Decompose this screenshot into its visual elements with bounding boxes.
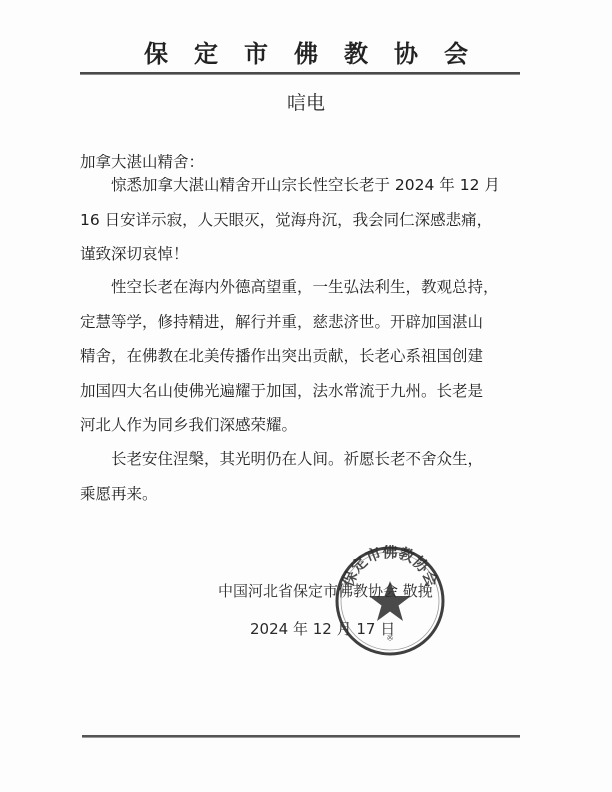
paragraph-line: 惊悉加拿大湛山精舍开山宗长性空长老于 2024 年 12 月: [80, 168, 520, 203]
letterhead-divider: [80, 72, 520, 75]
document-type-title: 唁电: [0, 88, 612, 115]
paragraph-line: 河北人作为同乡我们深感荣耀。: [80, 408, 520, 443]
organization-letterhead: 保定市佛教协会: [0, 34, 612, 69]
paragraph-line: 长老安住涅槃，其光明仍在人间。祈愿长老不舍众生，: [80, 442, 520, 477]
paragraph-tribute: 性空长老在海内外德高望重，一生弘法利生，教观总持， 定慧等学，修持精进，解行并重…: [80, 270, 520, 443]
paragraph-line: 精舍，在佛教在北美传播作出突出贡献，长老心系祖国创建: [80, 339, 520, 374]
document-page: 保定市佛教协会 唁电 加拿大湛山精舍： 惊悉加拿大湛山精舍开山宗长性空长老于 2…: [0, 0, 612, 792]
official-seal-stamp: 保定市佛教协会 ※: [334, 545, 446, 657]
paragraph-line: 谨致深切哀悼！: [80, 237, 520, 272]
paragraph-line: 16 日安详示寂，人天眼灭，觉海舟沉，我会同仁深感悲痛，: [80, 203, 520, 238]
paragraph-line: 加国四大名山使佛光遍耀于加国，法水常流于九州。长老是: [80, 374, 520, 409]
footer-divider: [82, 735, 520, 738]
svg-text:※: ※: [386, 634, 394, 644]
paragraph-line: 性空长老在海内外德高望重，一生弘法利生，教观总持，: [80, 270, 520, 305]
star-icon: [369, 581, 411, 621]
paragraph-condolence: 惊悉加拿大湛山精舍开山宗长性空长老于 2024 年 12 月 16 日安详示寂，…: [80, 168, 520, 272]
seal-icon: 保定市佛教协会 ※: [334, 545, 446, 657]
paragraph-prayer: 长老安住涅槃，其光明仍在人间。祈愿长老不舍众生， 乘愿再来。: [80, 442, 520, 511]
paragraph-line: 乘愿再来。: [80, 477, 520, 512]
paragraph-line: 定慧等学，修持精进，解行并重，慈悲济世。开辟加国湛山: [80, 305, 520, 340]
